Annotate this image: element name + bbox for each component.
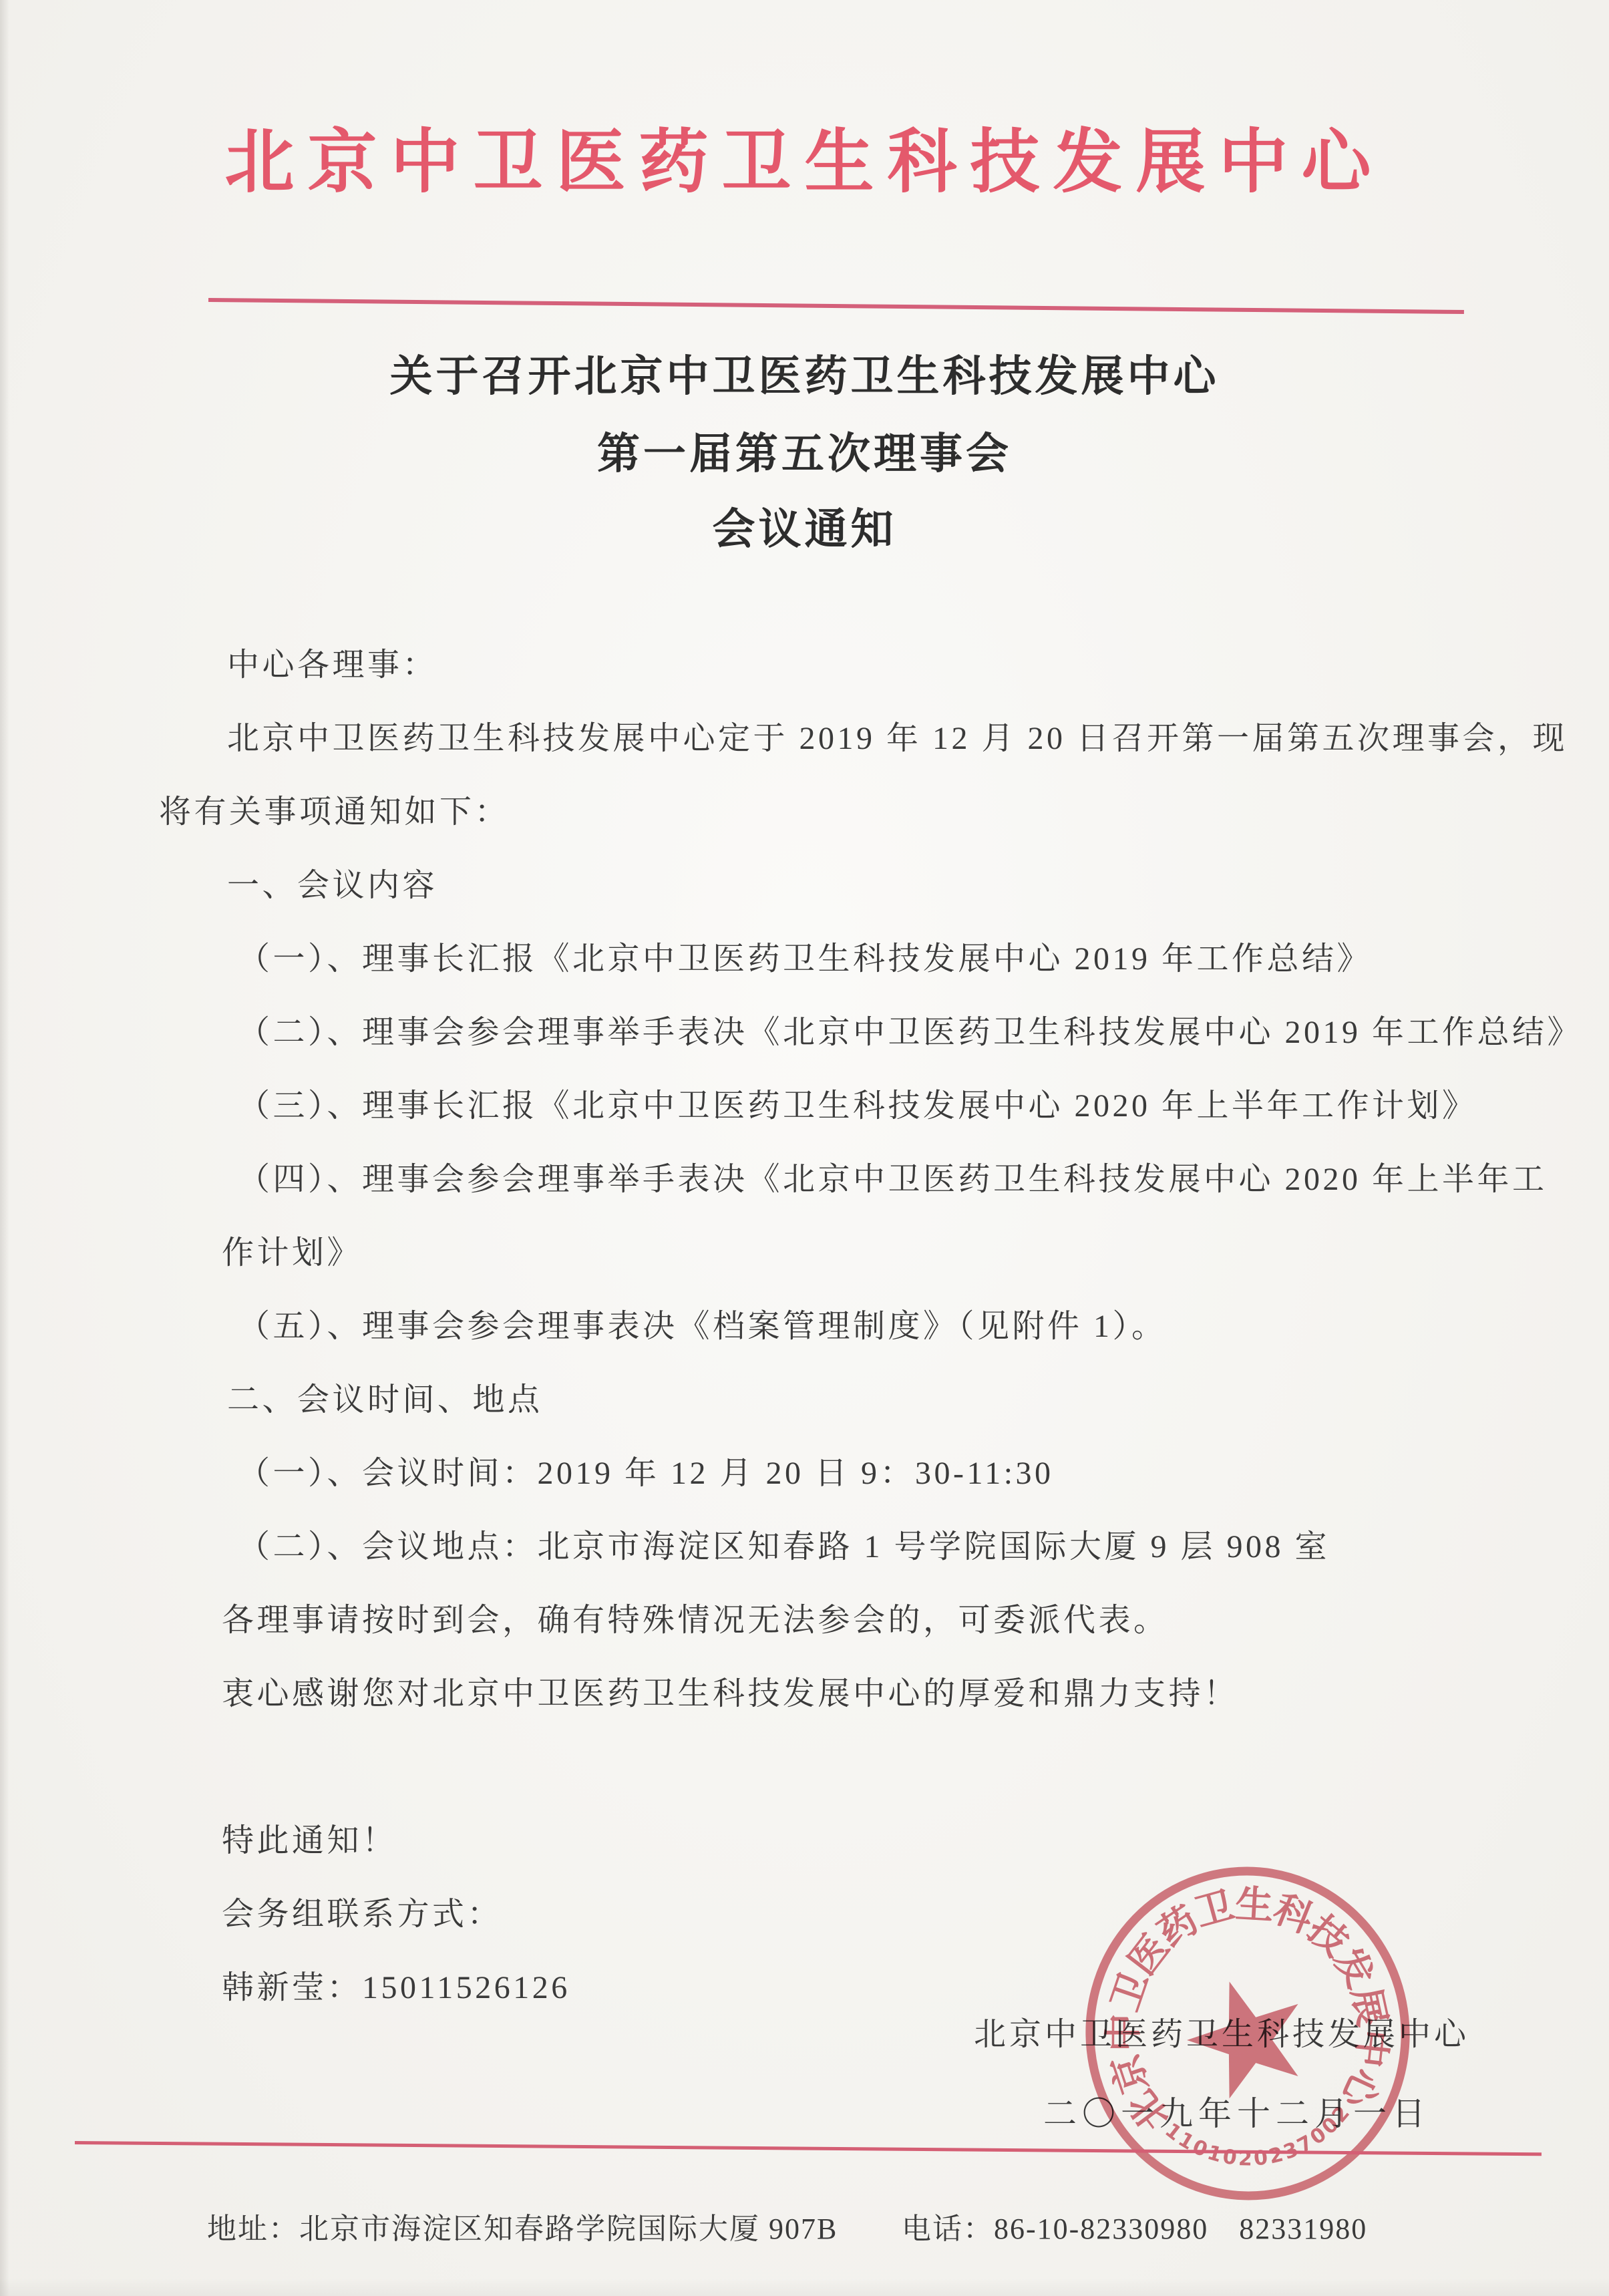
intro-wrap-line: 将有关事项通知如下： [159, 772, 1538, 845]
doc-title-line-3: 会议通知 [0, 495, 1609, 556]
attendance-note-line: 各理事请按时到会，确有特殊情况无法参会的，可委派代表。 [159, 1580, 1538, 1653]
svg-text:生: 生 [1234, 1883, 1275, 1927]
seal-star [1182, 1975, 1307, 2102]
salutation-line: 中心各理事： [159, 625, 1538, 698]
doc-title-line-2: 第一届第五次理事会 [0, 420, 1609, 481]
notice-body: 中心各理事： 北京中卫医药卫生科技发展中心定于 2019 年 12 月 20 日… [159, 625, 1538, 2021]
agenda-item-5: （五）、理事会参会理事表决《档案管理制度》（见附件 1）。 [159, 1286, 1538, 1359]
header-rule [208, 298, 1464, 314]
doc-title-line-1: 关于召开北京中卫医药卫生科技发展中心 [0, 342, 1609, 403]
agenda-item-4: （四）、理事会参会理事举手表决《北京中卫医药卫生科技发展中心 2020 年上半年… [159, 1139, 1538, 1212]
letterhead-title: 北京中卫医药卫生科技发展中心 [0, 106, 1609, 192]
agenda-item-1: （一）、理事长汇报《北京中卫医药卫生科技发展中心 2019 年工作总结》 [159, 919, 1538, 992]
thanks-line: 衷心感谢您对北京中卫医药卫生科技发展中心的厚爱和鼎力支持！ [159, 1653, 1538, 1727]
section-1-heading: 一、会议内容 [159, 845, 1538, 919]
svg-text:0: 0 [1221, 2145, 1238, 2170]
section-2-heading: 二、会议时间、地点 [159, 1359, 1538, 1433]
footer-address: 地址：北京市海淀区知春路学院国际大厦 907B [207, 2212, 838, 2245]
agenda-item-4-wrap: 作计划》 [159, 1212, 1538, 1286]
footer-phone: 电话：86-10-82330980 82331980 [902, 2204, 1367, 2247]
svg-text:展: 展 [1344, 1984, 1393, 2030]
blank-line [159, 1727, 1538, 1800]
footer: 地址：北京市海淀区知春路学院国际大厦 907B 电话：86-10-8233098… [207, 2204, 1536, 2247]
agenda-item-3: （三）、理事长汇报《北京中卫医药卫生科技发展中心 2020 年上半年工作计划》 [159, 1065, 1538, 1139]
scanned-meeting-notice: { "page": { "letterhead": "北京中卫医药卫生科技发展中… [0, 0, 1609, 2296]
svg-text:中: 中 [1348, 2027, 1394, 2070]
svg-text:中: 中 [1103, 2013, 1145, 2052]
intro-line: 北京中卫医药卫生科技发展中心定于 2019 年 12 月 20 日召开第一届第五… [159, 698, 1538, 772]
meeting-time-line: （一）、会议时间：2019 年 12 月 20 日 9：30-11:30 [159, 1433, 1538, 1506]
agenda-item-2: （二）、理事会参会理事举手表决《北京中卫医药卫生科技发展中心 2019 年工作总… [159, 992, 1538, 1065]
meeting-place-line: （二）、会议地点：北京市海淀区知春路 1 号学院国际大厦 9 层 908 室 [159, 1506, 1538, 1580]
